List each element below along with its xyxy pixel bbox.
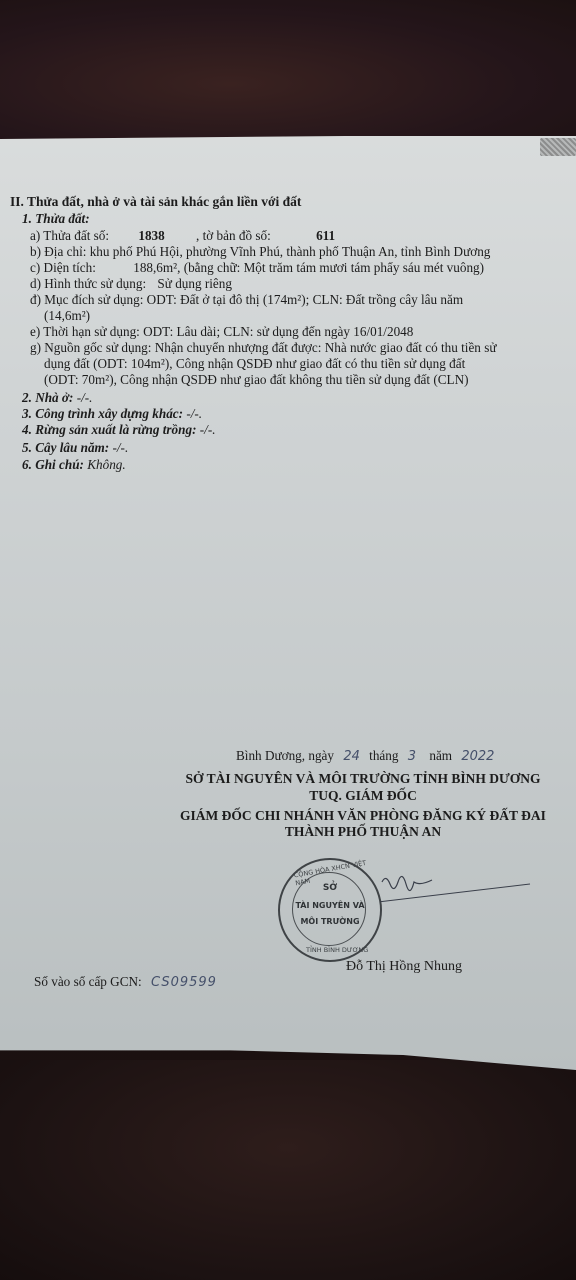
area-value: 188,6m², (bằng chữ: Một trăm tám mươi tá… xyxy=(133,260,484,275)
parcel-number-row: a) Thửa đất số: 1838 , tờ bản đồ số: 611 xyxy=(30,228,335,244)
address: b) Địa chỉ: khu phố Phú Hội, phường Vĩnh… xyxy=(30,244,490,260)
item-value: -/-. xyxy=(186,406,202,421)
usage-form-label: d) Hình thức sử dụng: xyxy=(30,276,146,291)
signer-name: Đỗ Thị Hồng Nhung xyxy=(346,959,462,975)
usage-origin-cont-1: dụng đất (ODT: 104m²), Công nhận QSDĐ nh… xyxy=(44,356,465,372)
signer-title-1: GIÁM ĐỐC CHI NHÁNH VĂN PHÒNG ĐĂNG KÝ ĐẤT… xyxy=(150,808,576,824)
registry-label: Số vào sổ cấp GCN: xyxy=(34,974,142,989)
corner-mark xyxy=(540,138,576,156)
background-top xyxy=(0,0,576,140)
usage-form-value: Sử dụng riêng xyxy=(157,276,232,291)
item-label: 4. Rừng sản xuất là rừng trồng: xyxy=(22,422,196,437)
year-label: năm xyxy=(429,748,452,763)
item-label: 3. Công trình xây dựng khác: xyxy=(22,406,183,421)
signer-title-2: THÀNH PHỐ THUẬN AN xyxy=(150,824,576,840)
usage-origin: g) Nguồn gốc sử dụng: Nhận chuyển nhượng… xyxy=(30,340,496,356)
item-value: -/-. xyxy=(200,422,216,437)
item-label: 2. Nhà ở: xyxy=(22,390,73,405)
seal-ring-bottom: TỈNH BÌNH DƯƠNG xyxy=(306,946,368,954)
date-day: 24 xyxy=(343,749,360,764)
usage-term: e) Thời hạn sử dụng: ODT: Lâu dài; CLN: … xyxy=(30,324,413,340)
background-bottom xyxy=(0,1060,576,1280)
official-seal: CỘNG HÒA XHCN VIỆT NAM TỈNH BÌNH DƯƠNG S… xyxy=(278,858,382,962)
usage-purpose: đ) Mục đích sử dụng: ODT: Đất ở tại đô t… xyxy=(30,292,463,308)
place-date-prefix: Bình Dương, ngày xyxy=(236,748,334,763)
map-sheet-number: 611 xyxy=(316,228,335,243)
item-perennial-trees: 5. Cây lâu năm: -/-. xyxy=(22,440,128,456)
section-title: II. Thửa đất, nhà ở và tài sản khác gắn … xyxy=(10,194,301,210)
item-other-construction: 3. Công trình xây dựng khác: -/-. xyxy=(22,406,202,422)
parcel-number: 1838 xyxy=(138,228,164,243)
map-sheet-label: , tờ bản đồ số: xyxy=(196,228,271,243)
handwritten-signature xyxy=(380,872,540,922)
seal-line-3: MÔI TRƯỜNG xyxy=(280,916,380,928)
usage-form-row: d) Hình thức sử dụng: Sử dụng riêng xyxy=(30,276,232,292)
month-label: tháng xyxy=(369,748,398,763)
date-year: 2022 xyxy=(461,749,494,764)
usage-purpose-cont: (14,6m²) xyxy=(44,308,90,324)
item-label: 5. Cây lâu năm: xyxy=(22,440,109,455)
item-value: -/-. xyxy=(113,440,129,455)
registry-number: CS09599 xyxy=(151,975,217,990)
place-date: Bình Dương, ngày 24 tháng 3 năm 2022 xyxy=(236,748,494,765)
issuing-agency: SỞ TÀI NGUYÊN VÀ MÔI TRƯỜNG TỈNH BÌNH DƯ… xyxy=(150,771,576,787)
item-house: 2. Nhà ở: -/-. xyxy=(22,390,92,406)
item-notes: 6. Ghi chú: Không. xyxy=(22,457,126,473)
authority: TUQ. GIÁM ĐỐC xyxy=(150,788,576,804)
seal-line-2: TÀI NGUYÊN VÀ xyxy=(280,900,380,912)
item-value: -/-. xyxy=(77,390,93,405)
usage-origin-cont-2: (ODT: 70m²), Công nhận QSDĐ như giao đất… xyxy=(44,372,469,388)
area-label: c) Diện tích: xyxy=(30,260,96,275)
item-value: Không. xyxy=(87,457,125,472)
item-label: 6. Ghi chú: xyxy=(22,457,84,472)
date-month: 3 xyxy=(408,749,416,764)
item-planted-forest: 4. Rừng sản xuất là rừng trồng: -/-. xyxy=(22,422,216,438)
seal-line-1: SỞ xyxy=(280,882,380,894)
parcel-number-label: a) Thửa đất số: xyxy=(30,228,109,243)
parcel-heading: 1. Thửa đất: xyxy=(22,211,90,227)
registry-row: Số vào sổ cấp GCN: CS09599 xyxy=(34,974,217,991)
area-row: c) Diện tích: 188,6m², (bằng chữ: Một tr… xyxy=(30,260,484,276)
